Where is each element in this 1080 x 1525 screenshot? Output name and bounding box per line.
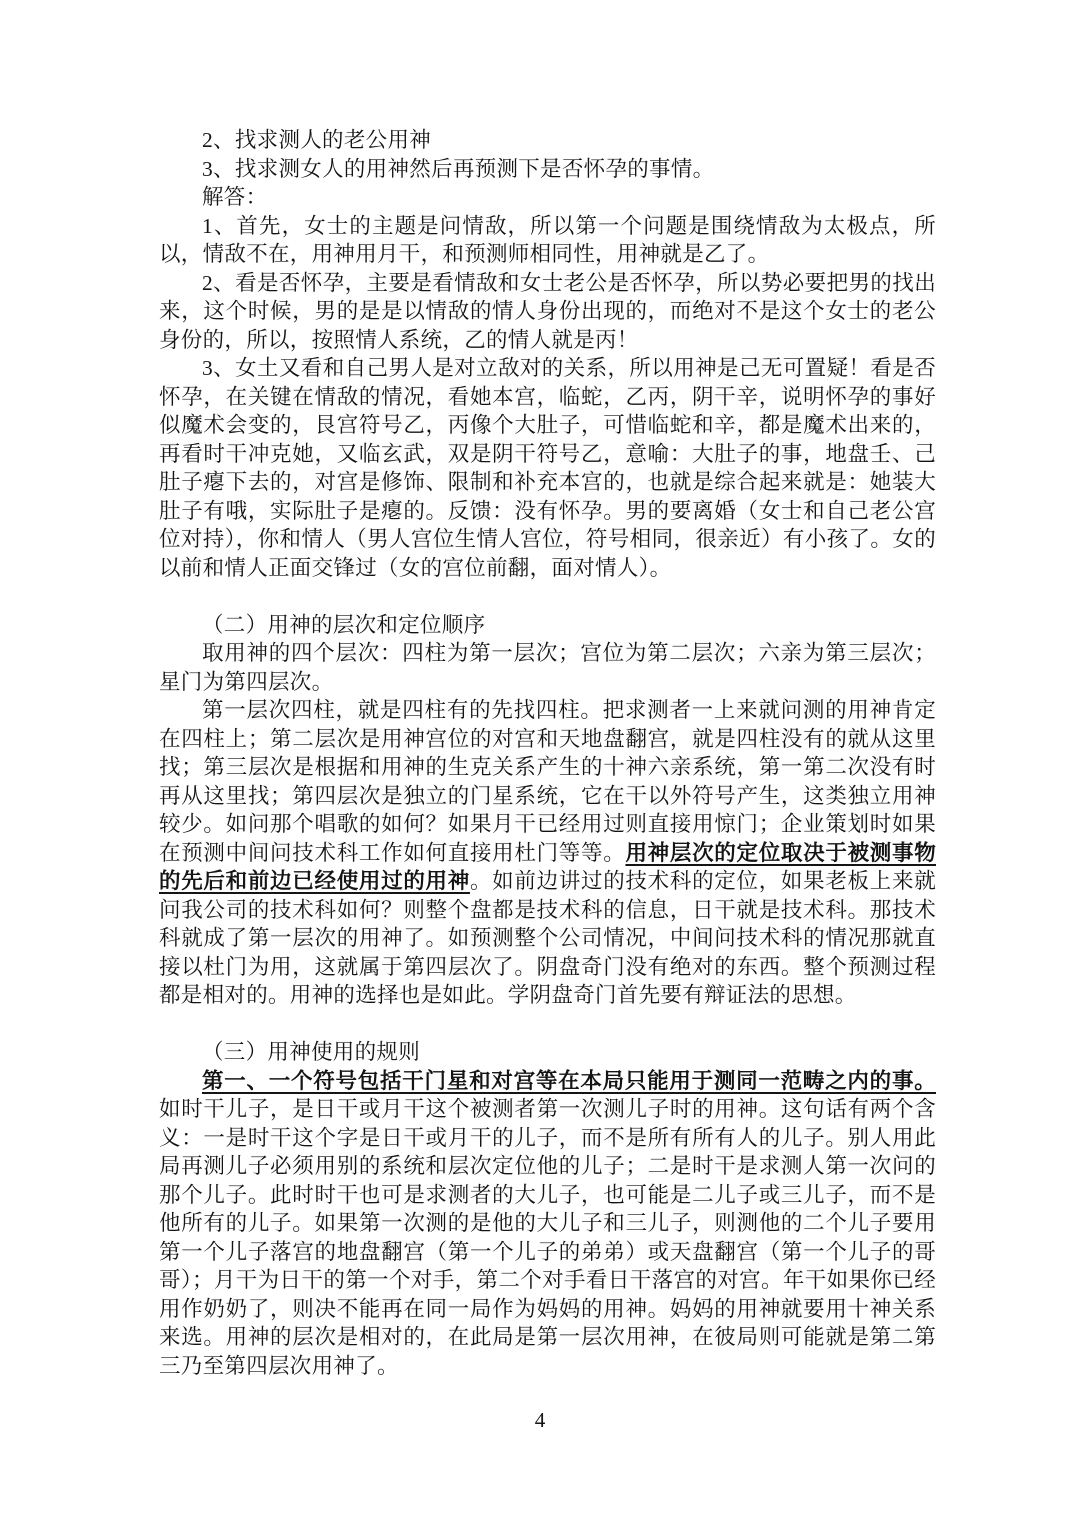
- section-3-body: 第一、一个符号包括干门星和对宫等在本局只能用于测同一范畴之内的事。如时干儿子，是…: [159, 1067, 936, 1381]
- answer-paragraph-1: 1、首先，女士的主题是问情敌，所以第一个问题是围绕情敌为太极点，所以，情敌不在，…: [159, 212, 936, 269]
- section-2-intro: 取用神的四个层次：四柱为第一层次；宫位为第二层次；六亲为第三层次；星门为第四层次…: [159, 639, 936, 696]
- section-3-heading: （三）用神使用的规则: [159, 1038, 936, 1067]
- answer-paragraph-3: 3、女土又看和自己男人是对立敌对的关系，所以用神是己无可置疑！看是否怀孕，在关键…: [159, 354, 936, 582]
- list-item-2: 2、找求测人的老公用神: [159, 126, 936, 155]
- section-2-heading: （二）用神的层次和定位顺序: [159, 611, 936, 640]
- answer-paragraph-2: 2、看是否怀孕，主要是看情敌和女士老公是否怀孕，所以势必要把男的找出来，这个时候…: [159, 269, 936, 355]
- section-3-rule-emphasis: 第一、一个符号包括干门星和对宫等在本局只能用于测同一范畴之内的事。: [202, 1069, 936, 1093]
- page-number: 4: [0, 1406, 1080, 1434]
- document-page: 2、找求测人的老公用神 3、找求测女人的用神然后再预测下是否怀孕的事情。 解答：…: [0, 0, 1080, 1525]
- answer-label: 解答：: [159, 183, 936, 212]
- list-item-3: 3、找求测女人的用神然后再预测下是否怀孕的事情。: [159, 155, 936, 184]
- section-3-body-text: 如时干儿子，是日干或月干这个被测者第一次测儿子时的用神。这句话有两个含义：一是时…: [159, 1097, 936, 1378]
- section-2-body: 第一层次四柱，就是四柱有的先找四柱。把求测者一上来就问测的用神肯定在四柱上；第二…: [159, 696, 936, 1010]
- document-body: 2、找求测人的老公用神 3、找求测女人的用神然后再预测下是否怀孕的事情。 解答：…: [159, 126, 936, 1380]
